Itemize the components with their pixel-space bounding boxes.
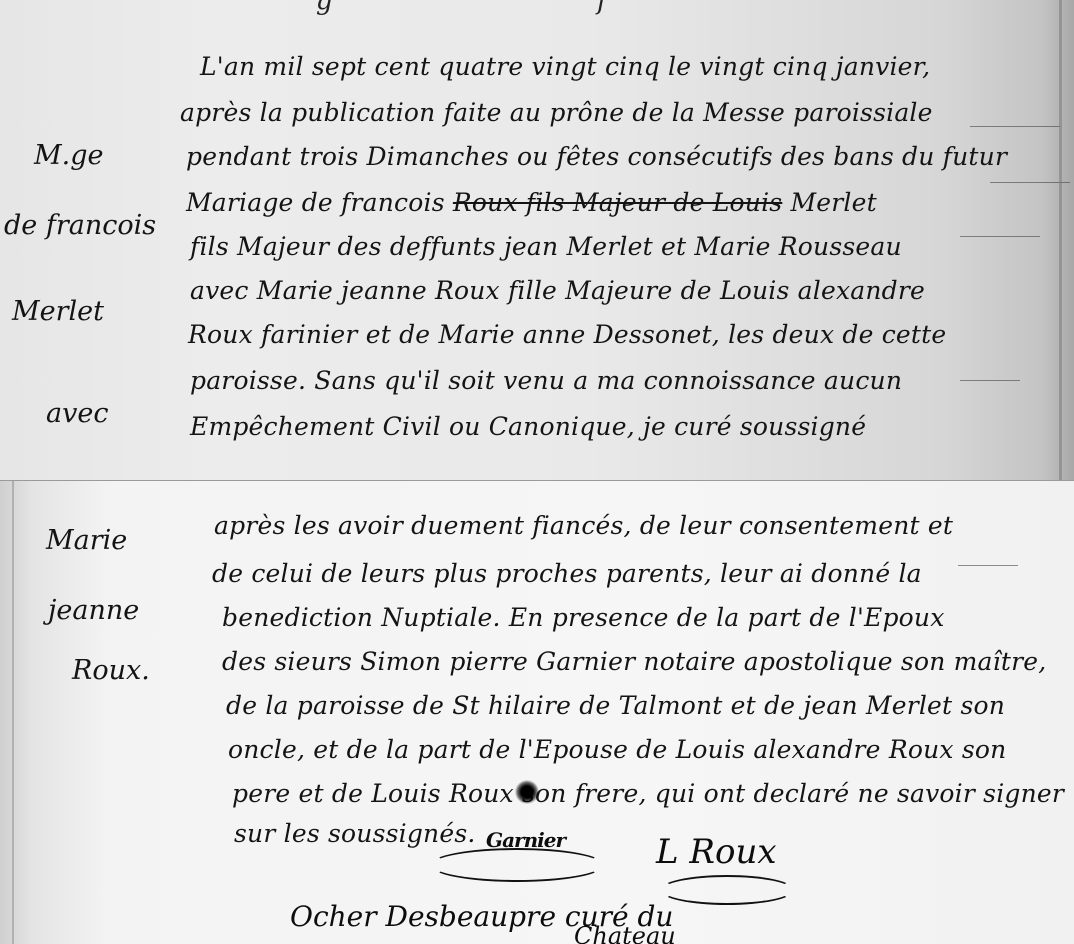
record-line: de la paroisse de St hilaire de Talmont … (226, 691, 1005, 720)
margin-note: Marie (46, 525, 127, 556)
record-text: Merlet (782, 188, 877, 217)
line-filler (958, 565, 1018, 566)
record-line: Roux farinier et de Marie anne Dessonet,… (188, 320, 946, 349)
signature-flourish (660, 875, 794, 905)
margin-note: Roux. (72, 655, 150, 686)
record-line: pendant trois Dimanches ou fêtes consécu… (186, 142, 1007, 171)
record-line-with-correction: Mariage de francois Roux fils Majeur de … (186, 188, 877, 217)
record-line: L'an mil sept cent quatre vingt cinq le … (200, 52, 930, 81)
line-filler (970, 126, 1060, 127)
record-line: pere et de Louis Roux son frere, qui ont… (232, 779, 1064, 808)
record-line: sur les soussignés. (234, 819, 476, 848)
ink-blot (515, 780, 539, 804)
line-filler (960, 236, 1040, 237)
record-text: Mariage de francois (186, 188, 453, 217)
record-line: des sieurs Simon pierre Garnier notaire … (222, 647, 1046, 676)
record-line: après la publication faite au prône de l… (180, 98, 933, 127)
margin-note: Merlet (12, 296, 104, 327)
signature-witness: L Roux (656, 832, 777, 872)
record-line: paroisse. Sans qu'il soit venu a ma conn… (190, 366, 902, 395)
margin-note: de francois (4, 210, 156, 241)
record-line: après les avoir duement fiancés, de leur… (214, 511, 953, 540)
text-fragment-top: g (316, 0, 333, 16)
margin-note: avec (46, 398, 108, 429)
line-filler (990, 182, 1070, 183)
record-line: Empêchement Civil ou Canonique, je curé … (190, 412, 866, 441)
scan-page-top: g f M.ge de francois Merlet avec L'an mi… (0, 0, 1074, 481)
line-filler (960, 380, 1020, 381)
record-line: fils Majeur des deffunts jean Merlet et … (190, 232, 902, 261)
signature-flourish (430, 848, 604, 882)
record-line: de celui de leurs plus proches parents, … (212, 559, 922, 588)
text-fragment-top: f (597, 0, 607, 16)
margin-note: jeanne (48, 595, 139, 626)
record-line: oncle, et de la part de l'Epouse de Loui… (228, 735, 1006, 764)
struck-text: Roux fils Majeur de Louis (453, 188, 782, 217)
margin-note: M.ge (34, 140, 104, 171)
record-line: avec Marie jeanne Roux fille Majeure de … (190, 276, 925, 305)
record-line: benediction Nuptiale. En presence de la … (222, 603, 945, 632)
signature-parish: Chateau (574, 922, 676, 944)
